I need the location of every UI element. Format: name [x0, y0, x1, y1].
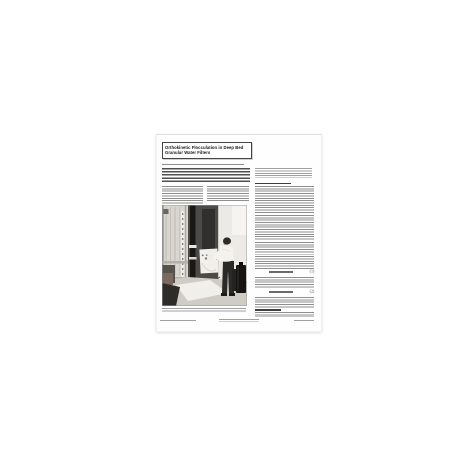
left-column-text-a	[162, 186, 203, 205]
journal-page-scan: Orthokinetic Flocculation in Deep Bed Gr…	[156, 134, 322, 332]
hand	[205, 257, 207, 259]
right-column-paragraph-3	[255, 242, 314, 269]
article-photo	[162, 205, 247, 306]
laboratory-photo-illustration	[162, 205, 247, 306]
shelf	[162, 261, 188, 264]
article-title-box: Orthokinetic Flocculation in Deep Bed Gr…	[162, 142, 252, 159]
right-inline-subheading	[255, 309, 281, 311]
right-column-paragraph-4	[255, 277, 314, 289]
right-column-paragraph-1	[255, 186, 314, 213]
equation-2-number: (2)	[309, 289, 314, 294]
right-section-heading	[255, 183, 291, 185]
equation-1-number: (1)	[309, 269, 314, 274]
equation-2: (2)	[255, 290, 314, 295]
right-column-paragraph-6	[255, 312, 314, 317]
left-column-text-b	[207, 186, 249, 202]
screenshot-canvas: Orthokinetic Flocculation in Deep Bed Gr…	[0, 0, 458, 458]
article-title: Orthokinetic Flocculation in Deep Bed Gr…	[165, 145, 254, 155]
right-column-paragraph-5	[255, 297, 314, 308]
hair	[223, 237, 231, 244]
footer-center-text	[219, 319, 259, 322]
footer-left-text	[160, 320, 196, 321]
equation-1-expression	[269, 271, 293, 272]
wall-label	[164, 209, 169, 214]
article-title-line2: Granular Water Filters	[165, 149, 254, 154]
article-title-line1: Orthokinetic Flocculation in Deep Bed	[165, 145, 254, 150]
abstract-paragraph	[162, 168, 250, 183]
equation-1: (1)	[255, 270, 314, 275]
equation-2-expression	[269, 291, 293, 292]
right-column-paragraph-2	[255, 215, 314, 240]
glass-column	[181, 211, 185, 277]
photo-caption	[162, 308, 246, 313]
affiliation-block	[255, 168, 312, 178]
footer-right-text	[294, 320, 314, 321]
byline-text	[162, 164, 244, 166]
